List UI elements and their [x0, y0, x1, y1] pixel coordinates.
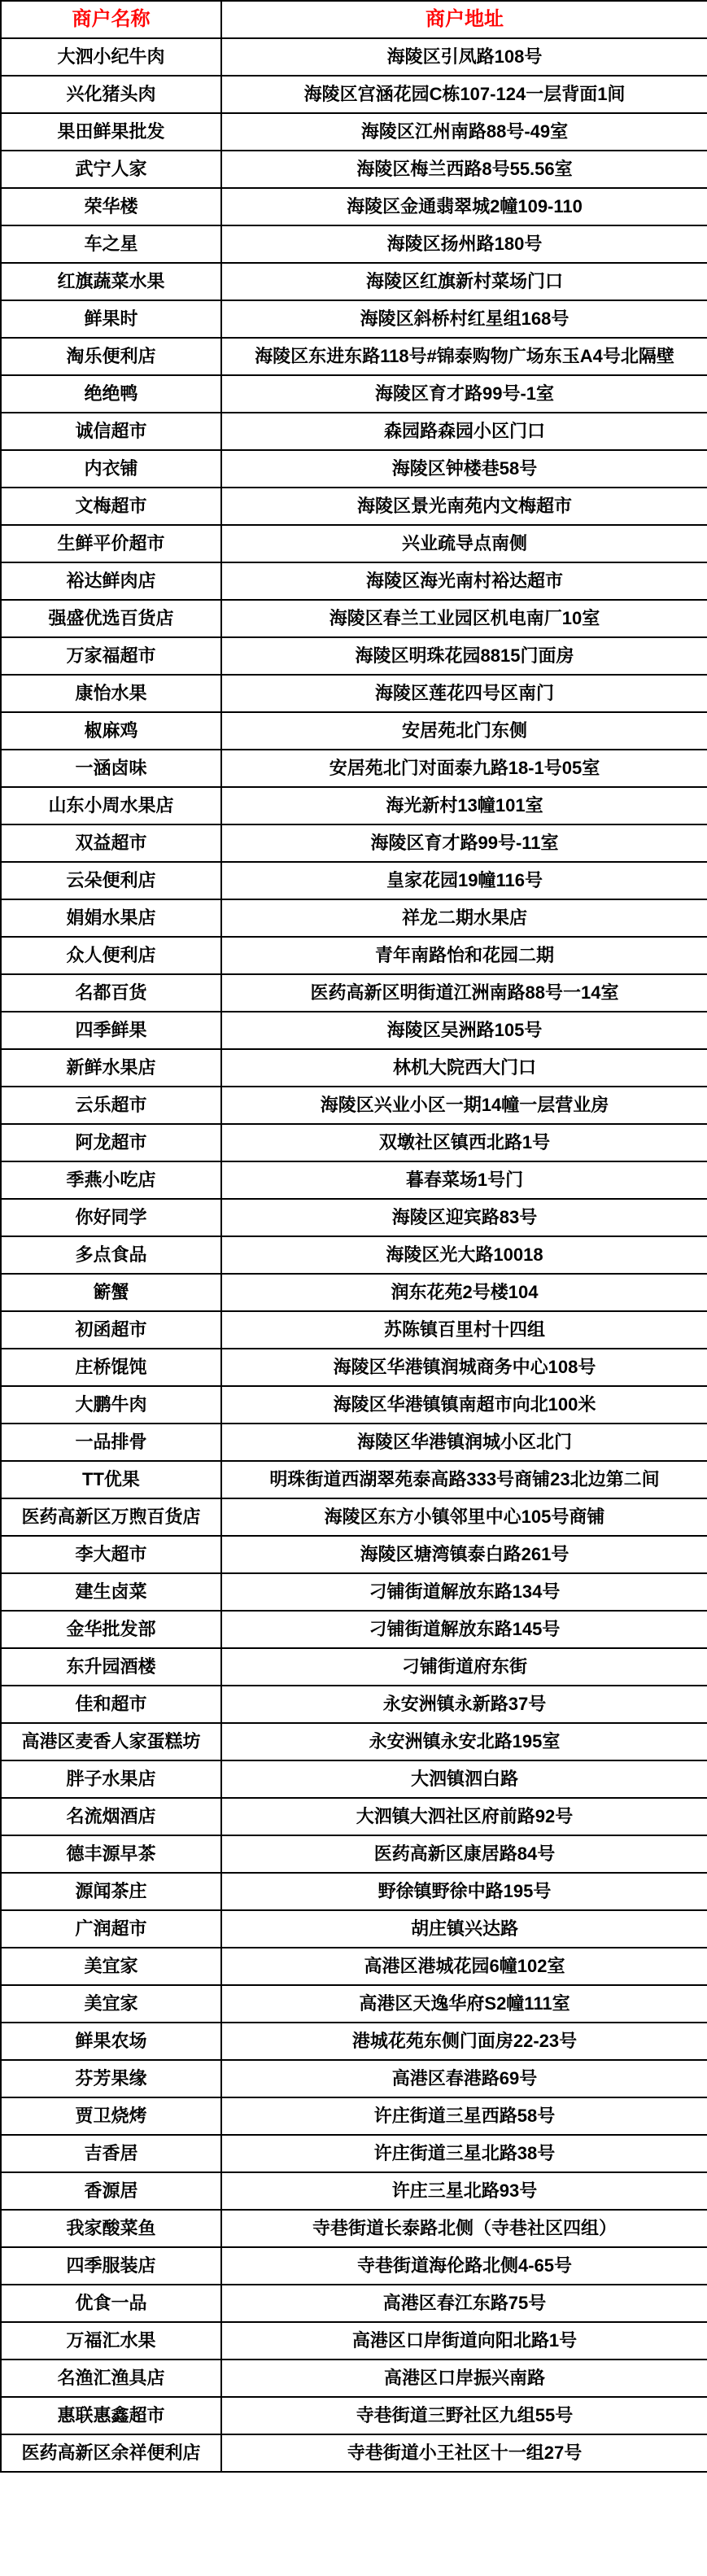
merchant-name-cell: 吉香居 [1, 2135, 221, 2172]
table-row: 香源居 许庄三星北路93号 [1, 2172, 707, 2210]
merchant-address-cell: 海陵区梅兰西路8号55.56室 [221, 151, 707, 188]
table-row: 大鹏牛肉 海陵区华港镇镇南超市向北100米 [1, 1386, 707, 1424]
table-row: 生鲜平价超市 兴业疏导点南侧 [1, 525, 707, 562]
merchant-address-cell: 海陵区东方小镇邻里中心105号商铺 [221, 1498, 707, 1536]
merchant-address-cell: 刁铺街道解放东路145号 [221, 1611, 707, 1648]
merchant-address-cell: 大泗镇泗白路 [221, 1760, 707, 1798]
table-row: 大泗小纪牛肉 海陵区引凤路108号 [1, 38, 707, 76]
merchant-address-cell: 林机大院西大门口 [221, 1049, 707, 1087]
merchant-name-cell: 医药高新区余祥便利店 [1, 2434, 221, 2472]
table-row: 初函超市 苏陈镇百里村十四组 [1, 1311, 707, 1349]
merchant-address-cell: 永安洲镇永新路37号 [221, 1686, 707, 1723]
merchant-address-cell: 海陵区斜桥村红星组168号 [221, 300, 707, 338]
table-row: 四季服装店 寺巷街道海伦路北侧4-65号 [1, 2247, 707, 2285]
table-row: 贾卫烧烤 许庄街道三星西路58号 [1, 2097, 707, 2135]
merchant-address-cell: 高港区天逸华府S2幢111室 [221, 1985, 707, 2023]
merchant-name-cell: 德丰源早茶 [1, 1835, 221, 1873]
merchant-name-cell: 高港区麦香人家蛋糕坊 [1, 1723, 221, 1760]
merchant-name-cell: 山东小周水果店 [1, 787, 221, 824]
table-row: 一品排骨 海陵区华港镇润城小区北门 [1, 1424, 707, 1461]
table-row: 诚信超市 森园路森园小区门口 [1, 413, 707, 450]
merchant-table-header: 商户名称 商户地址 [1, 1, 707, 38]
merchant-name-cell: 万福汇水果 [1, 2322, 221, 2360]
merchant-name-cell: 四季鲜果 [1, 1012, 221, 1049]
table-row: 椒麻鸡 安居苑北门东侧 [1, 712, 707, 750]
table-row: 双益超市 海陵区育才路99号-11室 [1, 824, 707, 862]
table-row: 佳和超市 永安洲镇永新路37号 [1, 1686, 707, 1723]
merchant-name-cell: 淘乐便利店 [1, 338, 221, 375]
merchant-name-cell: 名流烟酒店 [1, 1798, 221, 1835]
table-row: 荣华楼 海陵区金通翡翠城2幢109-110 [1, 188, 707, 225]
table-row: 德丰源早茶 医药高新区康居路84号 [1, 1835, 707, 1873]
merchant-address-cell: 海陵区华港镇镇南超市向北100米 [221, 1386, 707, 1424]
merchant-name-cell: 兴化猪头肉 [1, 76, 221, 113]
merchant-address-cell: 苏陈镇百里村十四组 [221, 1311, 707, 1349]
table-row: 我家酸菜鱼 寺巷街道长泰路北侧（寺巷社区四组） [1, 2210, 707, 2247]
merchant-address-cell: 许庄街道三星北路38号 [221, 2135, 707, 2172]
merchant-name-header: 商户名称 [1, 1, 221, 38]
merchant-name-cell: 万家福超市 [1, 637, 221, 675]
merchant-name-cell: 内衣铺 [1, 450, 221, 488]
merchant-name-cell: 优食一品 [1, 2285, 221, 2322]
merchant-address-cell: 港城花苑东侧门面房22-23号 [221, 2023, 707, 2060]
merchant-address-cell: 海陵区春兰工业园区机电南厂10室 [221, 600, 707, 637]
table-row: 名都百货 医药高新区明街道江洲南路88号一14室 [1, 974, 707, 1012]
table-row: 云朵便利店 皇家花园19幢116号 [1, 862, 707, 899]
merchant-address-cell: 海陵区钟楼巷58号 [221, 450, 707, 488]
merchant-name-cell: 季燕小吃店 [1, 1161, 221, 1199]
merchant-name-cell: 阿龙超市 [1, 1124, 221, 1161]
merchant-table: 商户名称 商户地址 大泗小纪牛肉 海陵区引凤路108号 兴化猪头肉 海陵区宫涵花… [0, 0, 707, 2473]
table-row: 金华批发部 刁铺街道解放东路145号 [1, 1611, 707, 1648]
table-row: 裕达鲜肉店 海陵区海光南村裕达超市 [1, 562, 707, 600]
merchant-name-cell: 医药高新区万煦百货店 [1, 1498, 221, 1536]
merchant-name-cell: 四季服装店 [1, 2247, 221, 2285]
table-row: 车之星 海陵区扬州路180号 [1, 225, 707, 263]
merchant-name-cell: 诚信超市 [1, 413, 221, 450]
merchant-address-cell: 刁铺街道府东街 [221, 1648, 707, 1686]
merchant-name-cell: 我家酸菜鱼 [1, 2210, 221, 2247]
merchant-address-cell: 海陵区华港镇润城商务中心108号 [221, 1349, 707, 1386]
merchant-address-cell: 海陵区塘湾镇泰白路261号 [221, 1536, 707, 1573]
table-row: 医药高新区万煦百货店 海陵区东方小镇邻里中心105号商铺 [1, 1498, 707, 1536]
table-row: 广润超市 胡庄镇兴达路 [1, 1910, 707, 1948]
table-row: 万福汇水果 高港区口岸街道向阳北路1号 [1, 2322, 707, 2360]
merchant-name-cell: 文梅超市 [1, 488, 221, 525]
merchant-address-cell: 海陵区莲花四号区南门 [221, 675, 707, 712]
merchant-name-cell: 强盛优选百货店 [1, 600, 221, 637]
merchant-name-cell: 你好同学 [1, 1199, 221, 1236]
merchant-name-cell: 美宜家 [1, 1948, 221, 1985]
merchant-address-cell: 海陵区光大路10018 [221, 1236, 707, 1274]
table-row: 你好同学 海陵区迎宾路83号 [1, 1199, 707, 1236]
table-row: 兴化猪头肉 海陵区宫涵花园C栋107-124一层背面1间 [1, 76, 707, 113]
merchant-name-cell: 大鹏牛肉 [1, 1386, 221, 1424]
table-row: 淘乐便利店 海陵区东进东路118号#锦泰购物广场东玉A4号北隔壁 [1, 338, 707, 375]
merchant-name-cell: 建生卤菜 [1, 1573, 221, 1611]
merchant-name-cell: 源闻茶庄 [1, 1873, 221, 1910]
merchant-name-cell: 绝绝鸭 [1, 375, 221, 413]
table-row: 胖子水果店 大泗镇泗白路 [1, 1760, 707, 1798]
table-row: 红旗蔬菜水果 海陵区红旗新村菜场门口 [1, 263, 707, 300]
merchant-name-cell: 名都百货 [1, 974, 221, 1012]
merchant-name-cell: 裕达鲜肉店 [1, 562, 221, 600]
merchant-address-cell: 青年南路怡和花园二期 [221, 937, 707, 974]
merchant-name-cell: 香源居 [1, 2172, 221, 2210]
merchant-name-cell: 娟娟水果店 [1, 899, 221, 937]
merchant-address-cell: 海陵区育才路99号-11室 [221, 824, 707, 862]
table-row: 果田鲜果批发 海陵区江州南路88号-49室 [1, 113, 707, 151]
table-row: 名渔汇渔具店 高港区口岸振兴南路 [1, 2360, 707, 2397]
header-row: 商户名称 商户地址 [1, 1, 707, 38]
merchant-address-cell: 兴业疏导点南侧 [221, 525, 707, 562]
merchant-name-cell: 一品排骨 [1, 1424, 221, 1461]
merchant-address-header: 商户地址 [221, 1, 707, 38]
table-row: 名流烟酒店 大泗镇大泗社区府前路92号 [1, 1798, 707, 1835]
merchant-name-cell: 荣华楼 [1, 188, 221, 225]
table-row: 万家福超市 海陵区明珠花园8815门面房 [1, 637, 707, 675]
merchant-address-cell: 皇家花园19幢116号 [221, 862, 707, 899]
merchant-name-cell: 簖蟹 [1, 1274, 221, 1311]
merchant-name-cell: 芬芳果缘 [1, 2060, 221, 2097]
table-row: 山东小周水果店 海光新村13幢101室 [1, 787, 707, 824]
merchant-name-cell: 大泗小纪牛肉 [1, 38, 221, 76]
merchant-address-cell: 海陵区育才路99号-1室 [221, 375, 707, 413]
merchant-address-cell: 海陵区金通翡翠城2幢109-110 [221, 188, 707, 225]
merchant-name-cell: 多点食品 [1, 1236, 221, 1274]
merchant-address-cell: 海陵区引凤路108号 [221, 38, 707, 76]
merchant-address-cell: 寺巷街道三野社区九组55号 [221, 2397, 707, 2434]
table-row: 娟娟水果店 祥龙二期水果店 [1, 899, 707, 937]
merchant-name-cell: 椒麻鸡 [1, 712, 221, 750]
merchant-address-cell: 海陵区迎宾路83号 [221, 1199, 707, 1236]
merchant-address-cell: 高港区港城花园6幢102室 [221, 1948, 707, 1985]
merchant-list-page: 商户名称 商户地址 大泗小纪牛肉 海陵区引凤路108号 兴化猪头肉 海陵区宫涵花… [0, 0, 707, 2473]
merchant-address-cell: 祥龙二期水果店 [221, 899, 707, 937]
merchant-address-cell: 海陵区兴业小区一期14幢一层营业房 [221, 1087, 707, 1124]
merchant-address-cell: 润东花苑2号楼104 [221, 1274, 707, 1311]
merchant-name-cell: 鲜果农场 [1, 2023, 221, 2060]
merchant-name-cell: 新鲜水果店 [1, 1049, 221, 1087]
table-row: 内衣铺 海陵区钟楼巷58号 [1, 450, 707, 488]
merchant-name-cell: 果田鲜果批发 [1, 113, 221, 151]
merchant-address-cell: 海陵区景光南苑内文梅超市 [221, 488, 707, 525]
merchant-name-cell: 佳和超市 [1, 1686, 221, 1723]
table-row: 新鲜水果店 林机大院西大门口 [1, 1049, 707, 1087]
table-row: 阿龙超市 双墩社区镇西北路1号 [1, 1124, 707, 1161]
merchant-name-cell: 美宜家 [1, 1985, 221, 2023]
merchant-address-cell: 寺巷街道长泰路北侧（寺巷社区四组） [221, 2210, 707, 2247]
merchant-address-cell: 高港区春港路69号 [221, 2060, 707, 2097]
merchant-address-cell: 寺巷街道海伦路北侧4-65号 [221, 2247, 707, 2285]
merchant-address-cell: 许庄三星北路93号 [221, 2172, 707, 2210]
merchant-name-cell: 一涵卤味 [1, 750, 221, 787]
merchant-address-cell: 海陵区江州南路88号-49室 [221, 113, 707, 151]
merchant-name-cell: 车之星 [1, 225, 221, 263]
merchant-address-cell: 海陵区红旗新村菜场门口 [221, 263, 707, 300]
merchant-address-cell: 医药高新区康居路84号 [221, 1835, 707, 1873]
merchant-address-cell: 海陵区扬州路180号 [221, 225, 707, 263]
merchant-address-cell: 高港区口岸振兴南路 [221, 2360, 707, 2397]
table-row: 云乐超市 海陵区兴业小区一期14幢一层营业房 [1, 1087, 707, 1124]
merchant-address-cell: 野徐镇野徐中路195号 [221, 1873, 707, 1910]
table-row: 鲜果时 海陵区斜桥村红星组168号 [1, 300, 707, 338]
merchant-address-cell: 寺巷街道小王社区十一组27号 [221, 2434, 707, 2472]
merchant-name-cell: 金华批发部 [1, 1611, 221, 1648]
table-row: 吉香居 许庄街道三星北路38号 [1, 2135, 707, 2172]
table-row: 李大超市 海陵区塘湾镇泰白路261号 [1, 1536, 707, 1573]
merchant-name-cell: 李大超市 [1, 1536, 221, 1573]
merchant-table-body: 大泗小纪牛肉 海陵区引凤路108号 兴化猪头肉 海陵区宫涵花园C栋107-124… [1, 38, 707, 2472]
merchant-name-cell: TT优果 [1, 1461, 221, 1498]
merchant-name-cell: 武宁人家 [1, 151, 221, 188]
table-row: 东升园酒楼 刁铺街道府东街 [1, 1648, 707, 1686]
merchant-address-cell: 大泗镇大泗社区府前路92号 [221, 1798, 707, 1835]
merchant-name-cell: 广润超市 [1, 1910, 221, 1948]
merchant-address-cell: 海陵区吴洲路105号 [221, 1012, 707, 1049]
merchant-address-cell: 海陵区华港镇润城小区北门 [221, 1424, 707, 1461]
merchant-name-cell: 康怡水果 [1, 675, 221, 712]
merchant-address-cell: 暮春菜场1号门 [221, 1161, 707, 1199]
merchant-address-cell: 刁铺街道解放东路134号 [221, 1573, 707, 1611]
merchant-name-cell: 众人便利店 [1, 937, 221, 974]
merchant-name-cell: 惠联惠鑫超市 [1, 2397, 221, 2434]
merchant-name-cell: 东升园酒楼 [1, 1648, 221, 1686]
merchant-address-cell: 海光新村13幢101室 [221, 787, 707, 824]
table-row: 高港区麦香人家蛋糕坊 永安洲镇永安北路195室 [1, 1723, 707, 1760]
table-row: 优食一品 高港区春江东路75号 [1, 2285, 707, 2322]
merchant-address-cell: 高港区口岸街道向阳北路1号 [221, 2322, 707, 2360]
table-row: 武宁人家 海陵区梅兰西路8号55.56室 [1, 151, 707, 188]
table-row: 季燕小吃店 暮春菜场1号门 [1, 1161, 707, 1199]
merchant-name-cell: 双益超市 [1, 824, 221, 862]
table-row: 惠联惠鑫超市 寺巷街道三野社区九组55号 [1, 2397, 707, 2434]
table-row: 医药高新区余祥便利店 寺巷街道小王社区十一组27号 [1, 2434, 707, 2472]
merchant-address-cell: 海陵区宫涵花园C栋107-124一层背面1间 [221, 76, 707, 113]
merchant-name-cell: 红旗蔬菜水果 [1, 263, 221, 300]
table-row: 鲜果农场 港城花苑东侧门面房22-23号 [1, 2023, 707, 2060]
merchant-name-cell: 名渔汇渔具店 [1, 2360, 221, 2397]
merchant-name-cell: 云乐超市 [1, 1087, 221, 1124]
merchant-address-cell: 高港区春江东路75号 [221, 2285, 707, 2322]
merchant-name-cell: 初函超市 [1, 1311, 221, 1349]
merchant-name-cell: 胖子水果店 [1, 1760, 221, 1798]
table-row: 庄桥馄饨 海陵区华港镇润城商务中心108号 [1, 1349, 707, 1386]
merchant-name-cell: 生鲜平价超市 [1, 525, 221, 562]
merchant-address-cell: 许庄街道三星西路58号 [221, 2097, 707, 2135]
merchant-name-cell: 庄桥馄饨 [1, 1349, 221, 1386]
merchant-name-cell: 贾卫烧烤 [1, 2097, 221, 2135]
table-row: TT优果 明珠街道西湖翠苑泰高路333号商铺23北边第二间 [1, 1461, 707, 1498]
table-row: 一涵卤味 安居苑北门对面泰九路18-1号05室 [1, 750, 707, 787]
table-row: 文梅超市 海陵区景光南苑内文梅超市 [1, 488, 707, 525]
table-row: 簖蟹 润东花苑2号楼104 [1, 1274, 707, 1311]
merchant-address-cell: 海陵区海光南村裕达超市 [221, 562, 707, 600]
table-row: 康怡水果 海陵区莲花四号区南门 [1, 675, 707, 712]
merchant-address-cell: 永安洲镇永安北路195室 [221, 1723, 707, 1760]
table-row: 源闻茶庄 野徐镇野徐中路195号 [1, 1873, 707, 1910]
merchant-address-cell: 森园路森园小区门口 [221, 413, 707, 450]
merchant-name-cell: 鲜果时 [1, 300, 221, 338]
merchant-address-cell: 海陵区明珠花园8815门面房 [221, 637, 707, 675]
merchant-address-cell: 胡庄镇兴达路 [221, 1910, 707, 1948]
merchant-address-cell: 海陵区东进东路118号#锦泰购物广场东玉A4号北隔壁 [221, 338, 707, 375]
table-row: 芬芳果缘 高港区春港路69号 [1, 2060, 707, 2097]
table-row: 多点食品 海陵区光大路10018 [1, 1236, 707, 1274]
table-row: 美宜家 高港区天逸华府S2幢111室 [1, 1985, 707, 2023]
merchant-address-cell: 医药高新区明街道江洲南路88号一14室 [221, 974, 707, 1012]
merchant-name-cell: 云朵便利店 [1, 862, 221, 899]
table-row: 绝绝鸭 海陵区育才路99号-1室 [1, 375, 707, 413]
table-row: 强盛优选百货店 海陵区春兰工业园区机电南厂10室 [1, 600, 707, 637]
table-row: 美宜家 高港区港城花园6幢102室 [1, 1948, 707, 1985]
merchant-address-cell: 安居苑北门对面泰九路18-1号05室 [221, 750, 707, 787]
table-row: 众人便利店 青年南路怡和花园二期 [1, 937, 707, 974]
table-row: 四季鲜果 海陵区吴洲路105号 [1, 1012, 707, 1049]
merchant-address-cell: 双墩社区镇西北路1号 [221, 1124, 707, 1161]
table-row: 建生卤菜 刁铺街道解放东路134号 [1, 1573, 707, 1611]
merchant-address-cell: 安居苑北门东侧 [221, 712, 707, 750]
merchant-address-cell: 明珠街道西湖翠苑泰高路333号商铺23北边第二间 [221, 1461, 707, 1498]
